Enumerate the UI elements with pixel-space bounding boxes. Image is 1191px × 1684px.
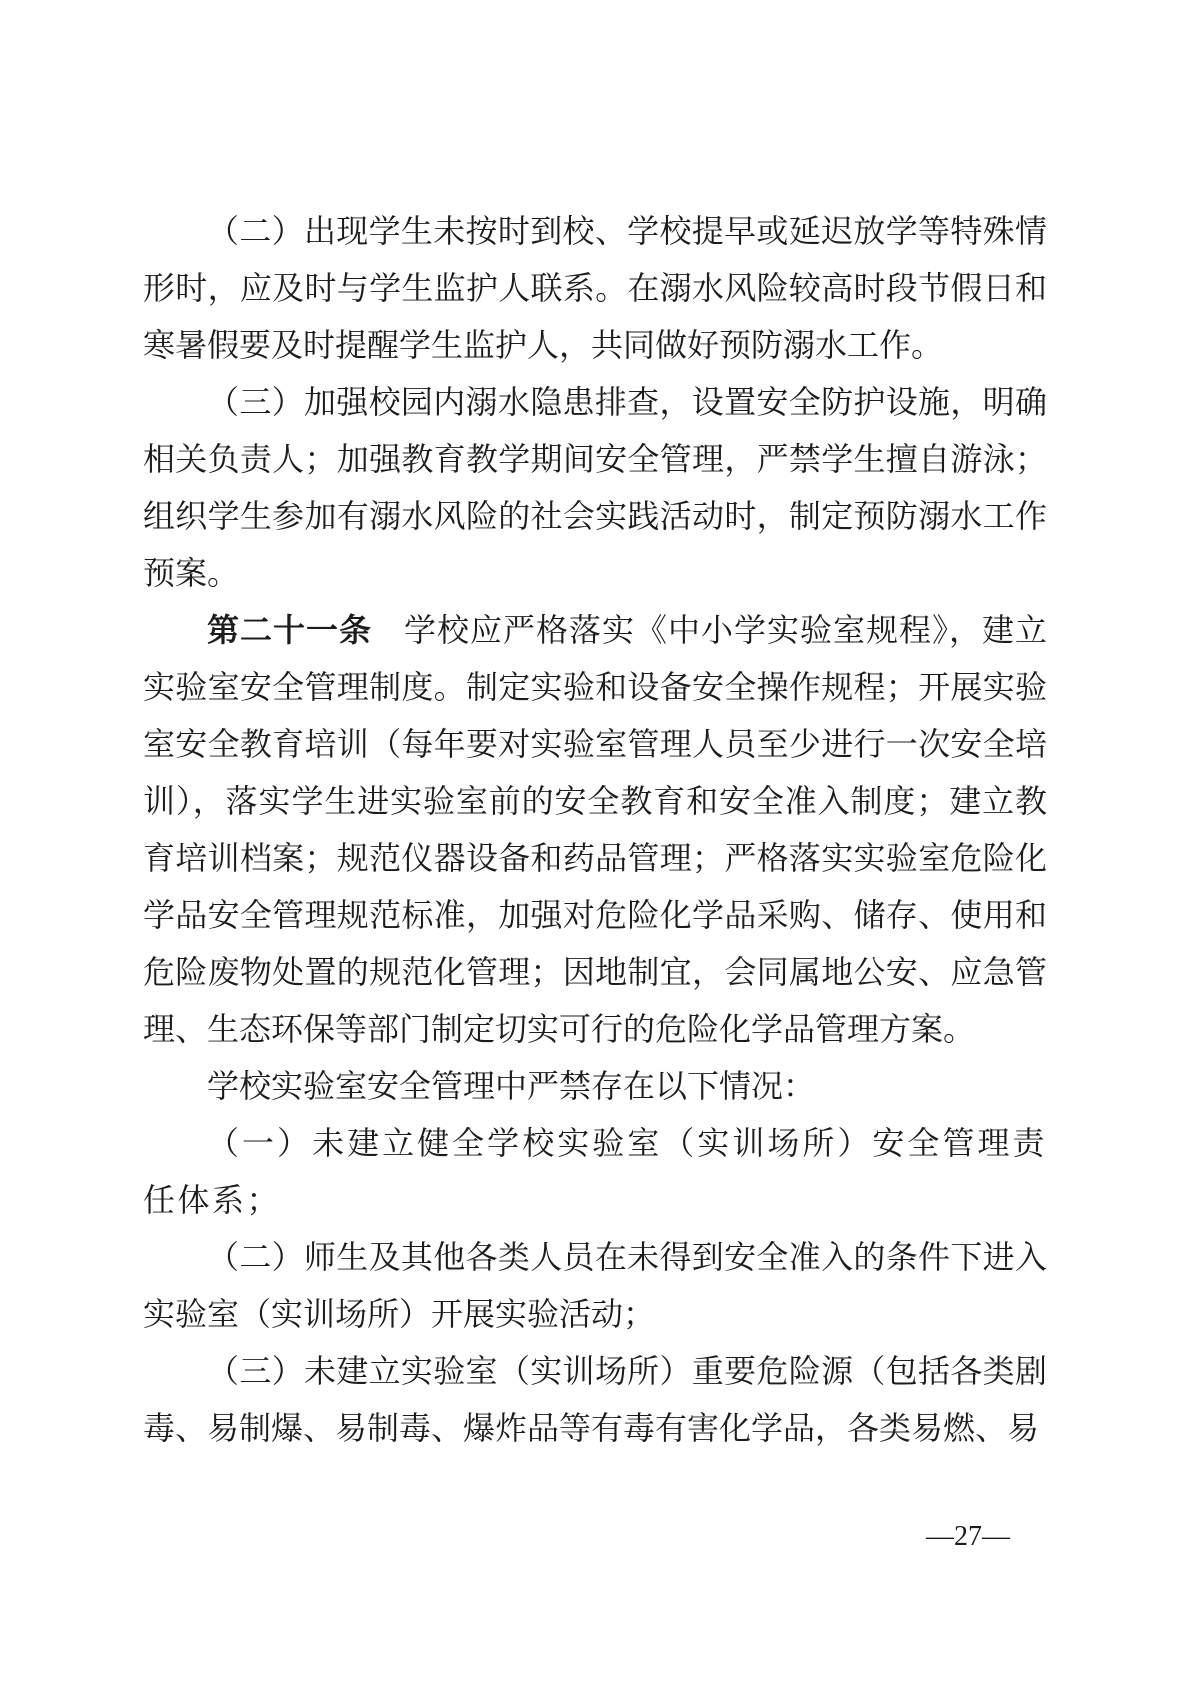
document-body: （二）出现学生未按时到校、学校提早或延迟放学等特殊情形时，应及时与学生监护人联系…: [143, 203, 1047, 1457]
paragraph-prohibited-item-3: （三）未建立实验室（实训场所）重要危险源（包括各类剧毒、易制爆、易制毒、爆炸品等…: [143, 1343, 1047, 1457]
page-number: —27—: [926, 1520, 1010, 1554]
paragraph-prohibited-item-2: （二）师生及其他各类人员在未得到安全准入的条件下进入实验室（实训场所）开展实验活…: [143, 1229, 1047, 1343]
article-21-text: 学校应严格落实《中小学实验室规程》，建立实验室安全管理制度。制定实验和设备安全操…: [143, 612, 1047, 1047]
paragraph-prohibited-item-1: （一）未建立健全学校实验室（实训场所）安全管理责任体系；: [143, 1115, 1047, 1229]
paragraph-drowning-clause-2: （二）出现学生未按时到校、学校提早或延迟放学等特殊情形时，应及时与学生监护人联系…: [143, 203, 1047, 374]
document-page: （二）出现学生未按时到校、学校提早或延迟放学等特殊情形时，应及时与学生监护人联系…: [0, 0, 1191, 1684]
paragraph-article-21: 第二十一条学校应严格落实《中小学实验室规程》，建立实验室安全管理制度。制定实验和…: [143, 602, 1047, 1058]
article-21-number: 第二十一条: [207, 612, 372, 648]
paragraph-lab-prohibited-intro: 学校实验室安全管理中严禁存在以下情况：: [143, 1058, 1047, 1115]
paragraph-drowning-clause-3: （三）加强校园内溺水隐患排查，设置安全防护设施，明确相关负责人；加强教育教学期间…: [143, 374, 1047, 602]
